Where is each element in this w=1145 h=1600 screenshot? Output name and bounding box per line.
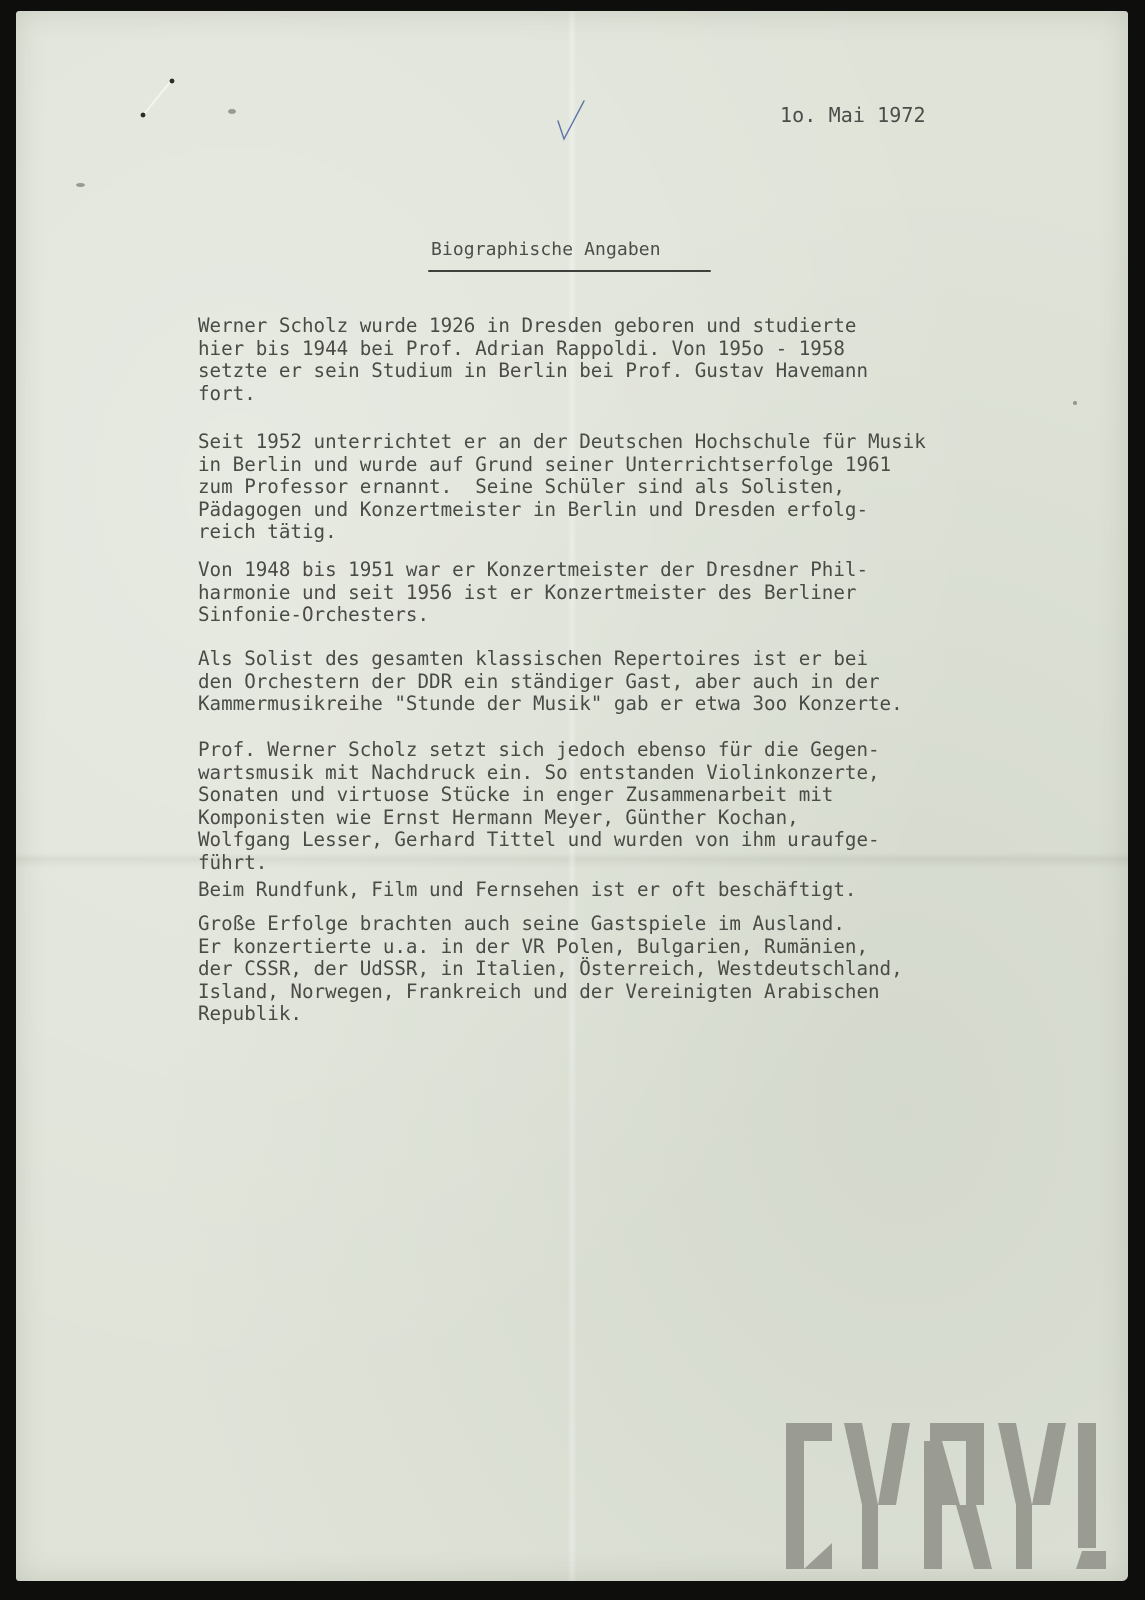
text-line: Sinfonie-Orchesters.	[198, 604, 868, 627]
text-line: hier bis 1944 bei Prof. Adrian Rappoldi.…	[198, 338, 868, 361]
document-page: 1o. Mai 1972 Biographische Angaben Werne…	[16, 11, 1128, 1581]
text-line: harmonie und seit 1956 ist er Konzertmei…	[198, 582, 868, 605]
text-line: Kammermusikreihe "Stunde der Musik" gab …	[198, 693, 903, 716]
document-title: Biographische Angaben	[431, 239, 661, 260]
ink-speck	[228, 109, 236, 114]
handwritten-checkmark-icon	[556, 99, 586, 143]
text-line: Wolfgang Lesser, Gerhard Tittel und wurd…	[198, 829, 880, 852]
text-line: führt.	[198, 852, 880, 875]
text-line: setzte er sein Studium in Berlin bei Pro…	[198, 360, 868, 383]
text-line: der CSSR, der UdSSR, in Italien, Österre…	[198, 958, 903, 981]
title-underline	[428, 270, 711, 272]
text-line: Prof. Werner Scholz setzt sich jedoch eb…	[198, 739, 880, 762]
text-line: Sonaten und virtuose Stücke in enger Zus…	[198, 784, 880, 807]
text-line: reich tätig.	[198, 521, 926, 544]
paragraph-teaching: Seit 1952 unterrichtet er an der Deutsch…	[198, 431, 926, 544]
text-line: fort.	[198, 383, 868, 406]
paragraph-education: Werner Scholz wurde 1926 in Dresden gebo…	[198, 315, 868, 405]
text-line: Von 1948 bis 1951 war er Konzertmeister …	[198, 559, 868, 582]
text-line: Große Erfolge brachten auch seine Gastsp…	[198, 913, 903, 936]
paragraph-concertmaster: Von 1948 bis 1951 war er Konzertmeister …	[198, 559, 868, 627]
ink-speck	[76, 183, 85, 187]
text-line: den Orchestern der DDR ein ständiger Gas…	[198, 671, 903, 694]
text-line: Pädagogen und Konzertmeister in Berlin u…	[198, 499, 926, 522]
text-line: Island, Norwegen, Frankreich und der Ver…	[198, 981, 903, 1004]
text-line: Seit 1952 unterrichtet er an der Deutsch…	[198, 431, 926, 454]
text-line: in Berlin und wurde auf Grund seiner Unt…	[198, 454, 926, 477]
paragraph-contemporary-music: Prof. Werner Scholz setzt sich jedoch eb…	[198, 739, 880, 875]
cyryl-watermark-logo: CYRYL	[786, 1423, 1106, 1573]
document-date: 1o. Mai 1972	[780, 103, 926, 127]
text-line: Als Solist des gesamten klassischen Repe…	[198, 648, 903, 671]
text-line: Beim Rundfunk, Film und Fernsehen ist er…	[198, 879, 856, 902]
text-line: Komponisten wie Ernst Hermann Meyer, Gün…	[198, 807, 880, 830]
pin-hole-scratch-mark	[126, 76, 186, 126]
text-line: Werner Scholz wurde 1926 in Dresden gebo…	[198, 315, 868, 338]
text-line: wartsmusik mit Nachdruck ein. So entstan…	[198, 762, 880, 785]
ink-speck	[1073, 401, 1077, 405]
paragraph-broadcast: Beim Rundfunk, Film und Fernsehen ist er…	[198, 879, 856, 902]
text-line: Republik.	[198, 1003, 903, 1026]
text-line: Er konzertierte u.a. in der VR Polen, Bu…	[198, 936, 903, 959]
text-line: zum Professor ernannt. Seine Schüler sin…	[198, 476, 926, 499]
paragraph-soloist: Als Solist des gesamten klassischen Repe…	[198, 648, 903, 716]
paragraph-tours-abroad: Große Erfolge brachten auch seine Gastsp…	[198, 913, 903, 1026]
